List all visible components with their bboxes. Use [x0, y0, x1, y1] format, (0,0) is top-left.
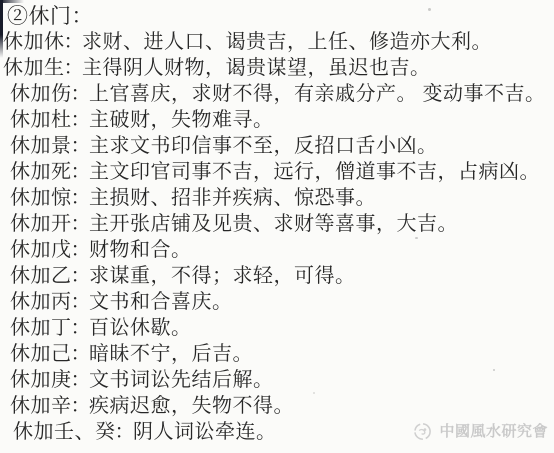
colon-separator: ：	[71, 133, 92, 159]
gate-combo: 休加生	[3, 55, 65, 81]
publisher-watermark: 中國風水研究會	[413, 422, 548, 441]
entry-description: 主得阴人财物，谒贵谋望，虽迟也吉。	[82, 55, 431, 81]
entry-description: 文书和合喜庆。	[89, 289, 233, 315]
gate-combo: 休加开	[10, 211, 72, 237]
colon-separator: ：	[71, 159, 92, 185]
text-block: ②休门： 休加休：求财、进人口、谒贵吉，上任、修造亦大利。 休加生：主得阴人财物…	[0, 3, 554, 445]
colon-separator: ：	[71, 185, 92, 211]
entry-description: 主破财，失物难寻。	[89, 107, 274, 133]
entry-description: 文书词讼先结后解。	[89, 367, 274, 393]
gate-entry-row: 休加休：求财、进人口、谒贵吉，上任、修造亦大利。	[3, 29, 554, 55]
colon-separator: ：	[71, 263, 92, 289]
gate-entry-row: 休加死：主文印官司事不吉，远行，僧道事不吉，占病凶。	[10, 159, 554, 185]
entry-description: 百讼休歇。	[89, 315, 192, 341]
gate-entry-row: 休加惊：主损财、招非并疾病、惊恐事。	[10, 185, 554, 211]
gate-entry-row: 休加戊：财物和合。	[10, 237, 554, 263]
gate-entry-row: 休加己：暗昧不宁，后吉。	[10, 341, 554, 367]
gate-entry-row: 休加开：主开张店铺及见贵、求财等喜事，大吉。	[10, 211, 554, 237]
gate-combo: 休加死	[10, 159, 72, 185]
gate-combo: 休加丁	[10, 315, 72, 341]
colon-separator: ：	[71, 289, 92, 315]
gate-combo: 休加辛	[10, 393, 72, 419]
colon-separator: ：	[64, 55, 85, 81]
gate-entry-row: 休加杜：主破财，失物难寻。	[10, 107, 554, 133]
gate-entry-row: 休加丁：百讼休歇。	[10, 315, 554, 341]
colon-separator: ：	[71, 211, 92, 237]
gate-entry-row: 休加乙：求谋重，不得；求轻，可得。	[10, 263, 554, 289]
gate-combo: 休加乙	[10, 263, 72, 289]
colon-separator: ：	[71, 81, 92, 107]
colon-separator: ：	[71, 315, 92, 341]
colon-separator: ：	[71, 341, 92, 367]
colon-separator: ：	[115, 419, 136, 445]
gate-combo: 休加伤	[10, 81, 72, 107]
entry-description: 疾病迟愈，失物不得。	[89, 393, 294, 419]
gate-entry-row: 休加景：主求文书印信事不至，反招口舌小凶。	[10, 133, 554, 159]
colon-separator: ：	[71, 107, 92, 133]
gate-combo: 休加惊	[10, 185, 72, 211]
gate-combo: 休加壬、癸	[13, 419, 116, 445]
watermark-text: 中國風水研究會	[439, 422, 548, 441]
entry-description: 主求文书印信事不至，反招口舌小凶。	[89, 133, 438, 159]
entry-description: 求财、进人口、谒贵吉，上任、修造亦大利。	[82, 29, 492, 55]
entry-description: 主损财、招非并疾病、惊恐事。	[89, 185, 376, 211]
colon-separator: ：	[71, 367, 92, 393]
entry-description: 财物和合。	[89, 237, 192, 263]
entry-description: 主开张店铺及见贵、求财等喜事，大吉。	[89, 211, 458, 237]
entry-description: 主文印官司事不吉，远行，僧道事不吉，占病凶。	[89, 159, 540, 185]
colon-separator: ：	[71, 393, 92, 419]
entry-description: 阴人词讼牵连。	[133, 419, 277, 445]
entry-description: 求谋重，不得；求轻，可得。	[89, 263, 356, 289]
gate-entry-row: 休加庚：文书词讼先结后解。	[10, 367, 554, 393]
fengshui-society-seal-icon	[413, 422, 432, 441]
colon-separator: ：	[64, 29, 85, 55]
gate-combo: 休加丙	[10, 289, 72, 315]
gate-combo: 休加景	[10, 133, 72, 159]
gate-entry-row: 休加辛：疾病迟愈，失物不得。	[10, 393, 554, 419]
gate-combo: 休加己	[10, 341, 72, 367]
scanned-book-page: ②休门： 休加休：求财、进人口、谒贵吉，上任、修造亦大利。 休加生：主得阴人财物…	[0, 0, 554, 453]
section-title: ②休门：	[7, 3, 554, 29]
gate-combo: 休加杜	[10, 107, 72, 133]
gate-entry-row: 休加丙：文书和合喜庆。	[10, 289, 554, 315]
entry-description: 上官喜庆，求财不得，有亲戚分产。 变动事不吉。	[89, 81, 546, 107]
gate-combo: 休加庚	[10, 367, 72, 393]
gate-entry-row: 休加生：主得阴人财物，谒贵谋望，虽迟也吉。	[3, 55, 554, 81]
gate-combo: 休加戊	[10, 237, 72, 263]
gate-entry-row: 休加伤：上官喜庆，求财不得，有亲戚分产。 变动事不吉。	[10, 81, 554, 107]
entry-description: 暗昧不宁，后吉。	[89, 341, 253, 367]
colon-separator: ：	[71, 237, 92, 263]
gate-combo: 休加休	[3, 29, 65, 55]
